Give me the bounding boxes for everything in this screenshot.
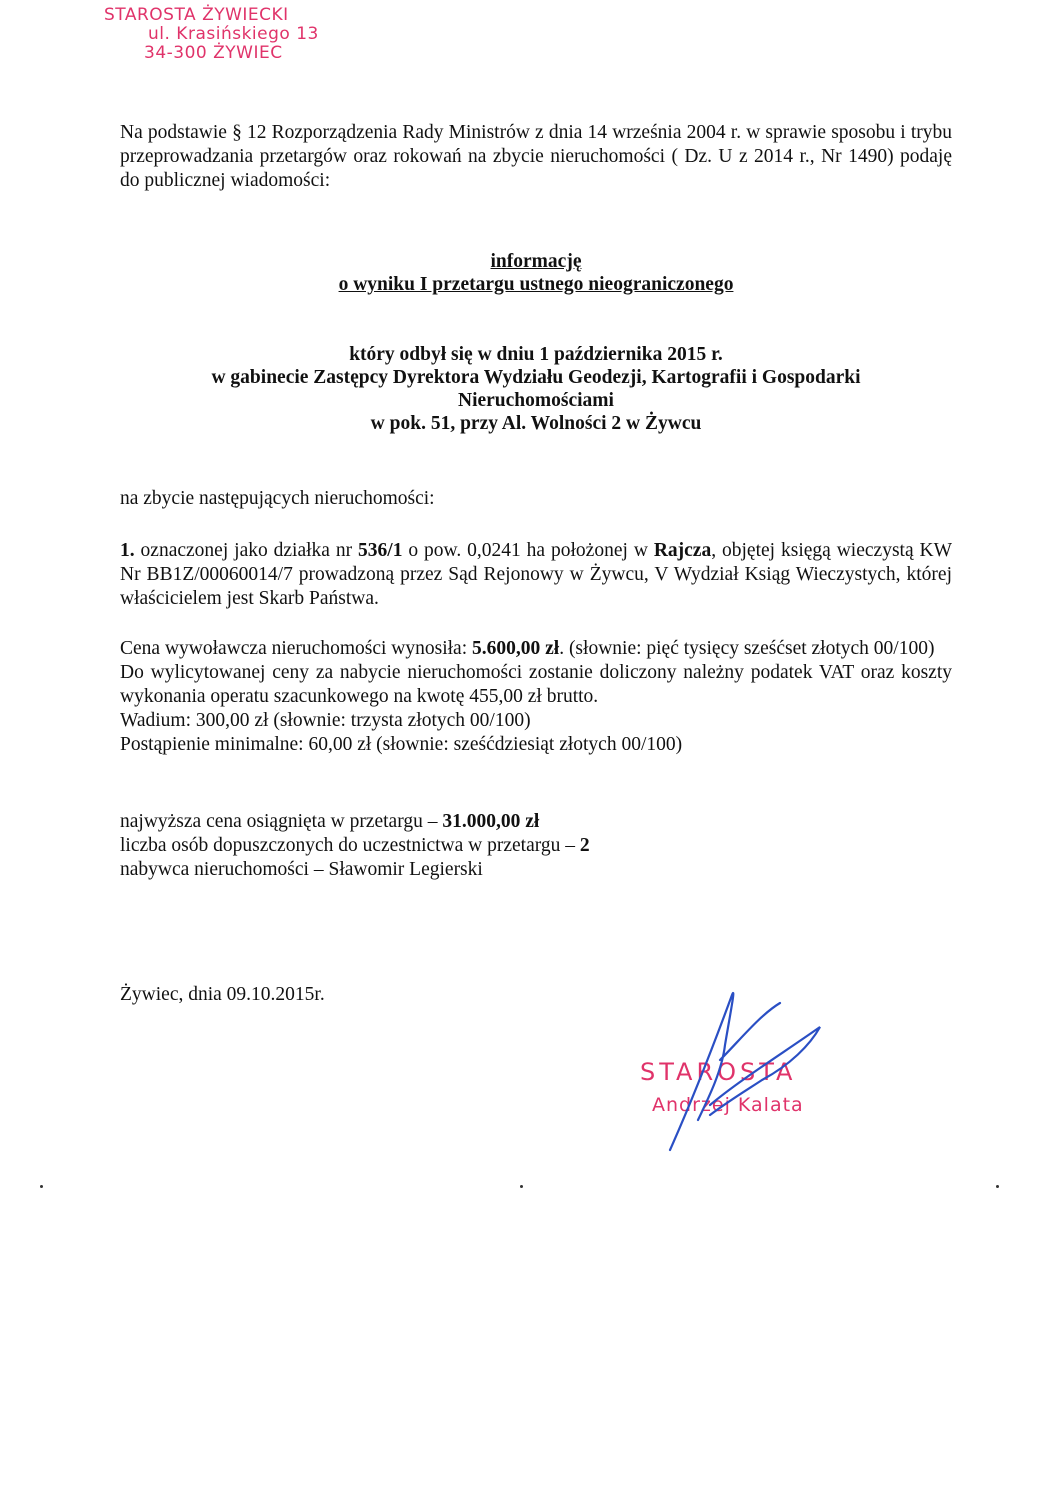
buyer: nabywca nieruchomości – Sławomir Legiers… [120,858,952,882]
margin-dot-center [520,1185,523,1188]
document-title: informację o wyniku I przetargu ustnego … [110,250,962,296]
price-label: Cena wywoławcza nieruchomości wynosiła: [120,638,472,659]
deposit: Wadium: 300,00 zł (słownie: trzysta złot… [120,709,952,733]
starting-price: Cena wywoławcza nieruchomości wynosiła: … [120,637,952,661]
parcel-number: 536/1 [358,540,402,561]
auction-date: który odbył się w dniu 1 października 20… [110,343,962,366]
auction-details: który odbył się w dniu 1 października 20… [110,343,962,435]
handwritten-signature-icon [650,985,850,1155]
auction-room: w pok. 51, przy Al. Wolności 2 w Żywcu [110,412,962,435]
participants-value: 2 [580,835,590,856]
highest-label: najwyższa cena osiągnięta w przetargu – [120,811,442,832]
title-line-1: informację [110,250,962,273]
vat-note: Do wylicytowanej ceny za nabycie nieruch… [120,661,952,709]
price-value: 5.600,00 zł [472,638,559,659]
highest-value: 31.000,00 zł [442,811,539,832]
item-text-b: o pow. 0,0241 ha położonej w [402,540,653,561]
item-number: 1. [120,540,135,561]
stamp-line-street: ul. Krasińskiego 13 [104,25,319,44]
margin-dot-left [40,1185,43,1188]
parcel-location: Rajcza [654,540,711,561]
highest-price: najwyższa cena osiągnięta w przetargu – … [120,810,952,834]
min-increment: Postąpienie minimalne: 60,00 zł (słownie… [120,733,952,757]
property-intro: na zbycie następujących nieruchomości: [120,487,952,511]
intro-paragraph: Na podstawie § 12 Rozporządzenia Rady Mi… [120,121,952,193]
office-stamp: STAROSTA ŻYWIECKI ul. Krasińskiego 13 34… [104,6,319,63]
participants-label: liczba osób dopuszczonych do uczestnictw… [120,835,580,856]
price-words: . (słownie: pięć tysięcy sześćset złotyc… [559,638,934,659]
title-line-2: o wyniku I przetargu ustnego nieogranicz… [110,273,962,296]
auction-location-2: Nieruchomościami [110,389,962,412]
pricing-section: Cena wywoławcza nieruchomości wynosiła: … [120,637,952,757]
property-item-1: 1. oznaczonej jako działka nr 536/1 o po… [120,539,952,611]
auction-result: najwyższa cena osiągnięta w przetargu – … [120,810,952,882]
margin-dot-right [996,1185,999,1188]
stamp-line-office: STAROSTA ŻYWIECKI [104,6,319,25]
item-text-a: oznaczonej jako działka nr [135,540,358,561]
auction-location-1: w gabinecie Zastępcy Dyrektora Wydziału … [110,366,962,389]
stamp-line-city: 34-300 ŻYWIEC [104,44,319,63]
participants: liczba osób dopuszczonych do uczestnictw… [120,834,952,858]
